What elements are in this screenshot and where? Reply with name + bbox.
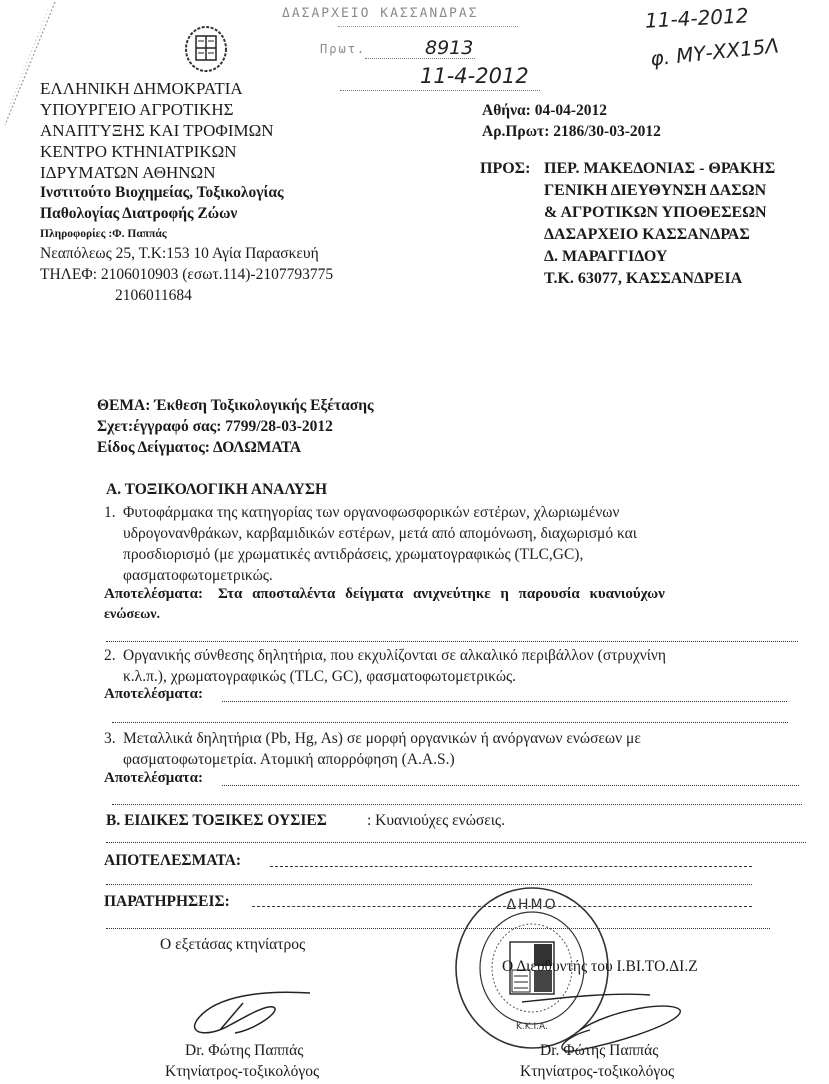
- sender-address: Νεαπόλεως 25, Τ.Κ:153 10 Αγία Παρασκευή: [40, 245, 319, 263]
- examiner-signature: [185, 985, 315, 1045]
- section-a-title: Α. ΤΟΞΙΚΟΛΟΓΙΚΗ ΑΝΑΛΥΣΗ: [106, 481, 327, 499]
- item-1-number: 1.: [104, 502, 116, 523]
- handwritten-note: φ. ΜΥ-ΧΧ15Λ: [649, 33, 780, 70]
- stamp-office: ΔΑΣΑΡΧΕΙΟ ΚΑΣΣΑΝΔΡΑΣ: [282, 6, 479, 21]
- item-1-result-text: Στα αποσταλέντα δείγματα ανιχνεύτηκε η π…: [218, 586, 665, 603]
- director-role: Κτηνίατρος-τοξικολόγος: [520, 1063, 674, 1081]
- subject-reference: Σχετ:έγγραφό σας: 7799/28-03-2012: [97, 418, 333, 436]
- item-3-result-dots: [222, 785, 799, 786]
- sender-line-3: ΑΝΑΠΤΥΞΗΣ ΚΑΙ ΤΡΟΦΙΜΩΝ: [40, 120, 274, 141]
- director-title: Ο Διευθυντής του Ι.ΒΙ.ΤΟ.ΔΙ.Ζ: [502, 958, 698, 976]
- remarks-dotted-line: [106, 928, 770, 929]
- item-3-dotted-line: [112, 804, 802, 805]
- sender-line-5: ΙΔΡΥΜΑΤΩΝ ΑΘΗΝΩΝ: [40, 162, 215, 183]
- item-1-line-4: φασματοφωτομετρικώς.: [123, 565, 273, 586]
- item-3-line-2: φασματοφωτομετρία. Ατομική απορρόφηση (A…: [123, 749, 455, 770]
- examiner-name: Dr. Φώτης Παππάς: [185, 1042, 303, 1060]
- handwritten-date: 11-4-2012: [644, 3, 749, 32]
- stamp-prot-label: Πρωτ.: [320, 42, 366, 56]
- item-2-result-dots: [222, 701, 787, 702]
- sender-institute-2: Παθολογίας Διατροφής Ζώων: [40, 205, 237, 223]
- item-2-number: 2.: [104, 645, 116, 666]
- sender-line-2: ΥΠΟΥΡΓΕΙΟ ΑΓΡΟΤΙΚΗΣ: [40, 99, 234, 120]
- sender-phone-2: 2106011684: [115, 287, 192, 305]
- recipient-line-3: & ΑΓΡΟΤΙΚΩΝ ΥΠΟΘΕΣΕΩΝ: [544, 204, 767, 222]
- recipient-line-4: ΔΑΣΑΡΧΕΙΟ ΚΑΣΣΑΝΔΡΑΣ: [544, 226, 750, 244]
- subject-theme: ΘΕΜΑ: Έκθεση Τοξικολογικής Εξέτασης: [97, 397, 374, 415]
- item-2-line-2: κ.λ.π.), χρωματογραφικώς (TLC, GC), φασμ…: [123, 666, 516, 687]
- remarks-label: ΠΑΡΑΤΗΡΗΣΕΙΣ:: [104, 893, 230, 911]
- item-2-dotted-line: [112, 722, 788, 723]
- stamp-prot-number: 8913: [425, 37, 473, 59]
- recipient-label: ΠΡΟΣ:: [480, 160, 530, 178]
- section-b-value: : Κυανιούχες ενώσεις.: [367, 812, 505, 830]
- document-protocol: Αρ.Πρωτ: 2186/30-03-2012: [482, 123, 661, 141]
- subject-sample-type: Είδος Δείγματος: ΔΟΛΩΜΑΤΑ: [97, 439, 301, 457]
- item-1-dotted-line: [106, 641, 798, 642]
- coat-of-arms-emblem: [183, 24, 229, 74]
- section-b-title: Β. ΕΙΔΙΚΕΣ ΤΟΞΙΚΕΣ ΟΥΣΙΕΣ: [106, 812, 327, 830]
- recipient-line-2: ΓΕΝΙΚΗ ΔΙΕΥΘΥΝΣΗ ΔΑΣΩΝ: [544, 182, 766, 200]
- stamp-underline: [338, 26, 518, 27]
- stamp-date-value: 11-4-2012: [420, 64, 529, 88]
- document-date: Αθήνα: 04-04-2012: [482, 102, 607, 120]
- item-2-result-label: Αποτελέσματα:: [104, 686, 203, 703]
- section-b-dotted-line: [106, 842, 806, 843]
- item-1-result-text-2: ενώσεων.: [104, 607, 160, 623]
- sender-line-4: ΚΕΝΤΡΟ ΚΤΗΝΙΑΤΡΙΚΩΝ: [40, 141, 237, 162]
- item-1-line-2: υδρογονανθράκων, καρβαμιδικών εστέρων, μ…: [123, 523, 637, 544]
- examiner-role: Κτηνίατρος-τοξικολόγος: [165, 1063, 319, 1081]
- item-1-line-3: προσδιορισμό (με χρωματικές αντιδράσεις,…: [123, 544, 583, 565]
- recipient-line-6: Τ.Κ. 63077, ΚΑΣΣΑΝΔΡΕΙΑ: [544, 270, 742, 288]
- svg-text:ΔΗΜΟ: ΔΗΜΟ: [506, 897, 557, 913]
- recipient-line-1: ΠΕΡ. ΜΑΚΕΔΟΝΙΑΣ - ΘΡΑΚΗΣ: [544, 160, 775, 178]
- item-3-line-1: Μεταλλικά δηλητήρια (Pb, Hg, As) σε μορφ…: [123, 728, 641, 749]
- item-1-line-1: Φυτοφάρμακα της κατηγορίας των οργανοφωσ…: [123, 502, 619, 523]
- sender-info: Πληροφορίες :Φ. Παππάς: [40, 228, 167, 240]
- results-dashed-line: [270, 866, 752, 867]
- director-name: Dr. Φώτης Παππάς: [540, 1042, 658, 1060]
- item-2-line-1: Οργανικής σύνθεσης δηλητήρια, που εκχυλί…: [123, 645, 666, 666]
- item-3-result-label: Αποτελέσματα:: [104, 770, 203, 787]
- results-label: ΑΠΟΤΕΛΕΣΜΑΤΑ:: [104, 852, 241, 870]
- examiner-title: Ο εξετάσας κτηνίατρος: [160, 936, 305, 954]
- stamp-date-line: [340, 90, 540, 91]
- item-3-number: 3.: [104, 728, 116, 749]
- sender-institute-1: Ινστιτούτο Βιοχημείας, Τοξικολογίας: [40, 184, 284, 202]
- item-1-result-label: Αποτελέσματα:: [104, 586, 203, 603]
- recipient-line-5: Δ. ΜΑΡΑΓΓΙΔΟΥ: [544, 248, 667, 266]
- sender-line-1: ΕΛΛΗΝΙΚΗ ΔΗΜΟΚΡΑΤΙΑ: [40, 78, 243, 99]
- sender-phone: ΤΗΛΕΦ: 2106010903 (εσωτ.114)-2107793775: [40, 266, 333, 284]
- results-dotted-line: [106, 884, 752, 885]
